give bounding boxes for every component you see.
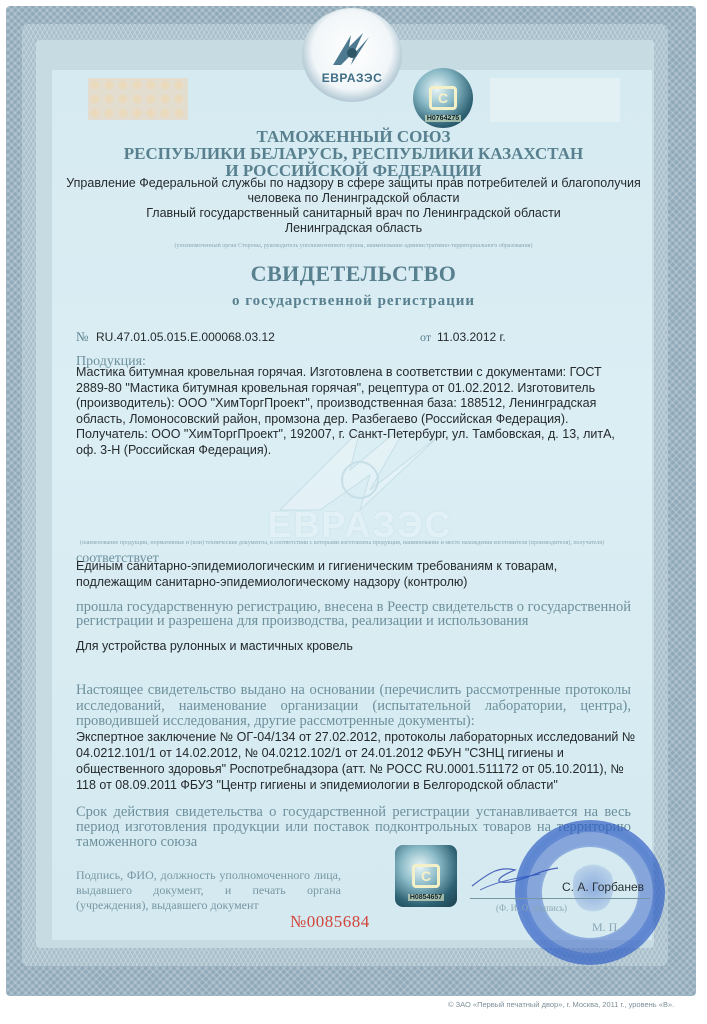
signature-label: Подпись, ФИО, должность уполномоченного …: [76, 868, 341, 913]
registration-date-label: от: [420, 330, 431, 345]
hologram-seal-bottom: С Н0854657: [395, 845, 457, 907]
republics-line-1: РЕСПУБЛИКИ БЕЛАРУСЬ, РЕСПУБЛИКИ КАЗАХСТА…: [0, 145, 707, 162]
product-description: Мастика битумная кровельная горячая. Изг…: [76, 365, 636, 458]
registration-number-label: №: [76, 329, 88, 345]
hologram-seal-icon: С: [429, 86, 457, 110]
seal-place-label: М. П.: [592, 920, 620, 935]
agency-line-2: человека по Ленинградской области: [0, 191, 707, 206]
hologram-serial-bottom: Н0854657: [408, 894, 444, 901]
agency-line-3: Главный государственный санитарный врач …: [0, 206, 707, 221]
union-title: ТАМОЖЕННЫЙ СОЮЗ: [0, 128, 707, 145]
registration-statement: прошла государственную регистрацию, внес…: [76, 600, 631, 628]
basis-text: Экспертное заключение № ОГ-04/134 от 27.…: [76, 729, 636, 793]
eurasec-emblem: ЕВРАЗЭС: [302, 8, 402, 102]
agency-line-4: Ленинградская область: [0, 221, 707, 236]
document-title: СВИДЕТЕЛЬСТВО: [0, 262, 707, 286]
form-serial-number: №0085684: [290, 912, 370, 932]
agency-caption: (уполномоченный орган Стороны, руководит…: [0, 243, 707, 249]
product-caption: (наименование продукции, нормативные и (…: [80, 540, 630, 546]
eurasec-emblem-icon: [329, 29, 375, 69]
emblem-label: ЕВРАЗЭС: [322, 71, 383, 85]
holographic-pattern: [88, 78, 188, 120]
signature-line: [470, 898, 650, 899]
fio-caption: (Ф. И. О. подпись): [496, 903, 567, 913]
security-strip: [490, 78, 620, 122]
hologram-serial-top: Н0764275: [425, 115, 461, 122]
document-subtitle: о государственной регистрации: [0, 292, 707, 310]
printer-imprint: © ЗАО «Первый печатный двор», г. Москва,…: [448, 1000, 674, 1009]
hologram-seal-top: С Н0764275: [413, 68, 473, 128]
registration-date: 11.03.2012 г.: [437, 330, 506, 344]
signer-name: С. А. Горбанев: [562, 880, 644, 894]
basis-label: Настоящее свидетельство выдано на основа…: [76, 683, 631, 730]
usage-text: Для устройства рулонных и мастичных кров…: [76, 639, 353, 655]
conformity-text: Единым санитарно-эпидемиологическим и ги…: [76, 559, 636, 590]
registration-number: RU.47.01.05.015.Е.000068.03.12: [96, 330, 275, 344]
agency-line-1: Управление Федеральной службы по надзору…: [0, 176, 707, 191]
hologram-seal-icon: С: [412, 864, 440, 888]
